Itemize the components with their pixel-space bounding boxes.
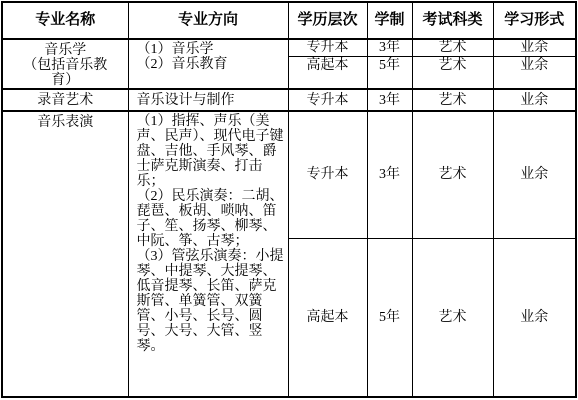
major-cell: 音乐学 （包括音乐教育） — [2, 39, 128, 89]
duration-cell: 5年 — [367, 56, 412, 89]
category-cell: 艺术 — [412, 39, 493, 56]
level-cell: 专升本 — [288, 111, 367, 238]
direction-cell: （1）指挥、声乐（美声、民声）、现代电子键盘、吉他、手风琴、爵士萨克斯演奏、打击… — [128, 111, 288, 397]
direction-line: （2）民乐演奏：二胡、琵琶、板胡、唢呐、笛子、笙、扬琴、柳琴、中阮、筝、古琴； — [137, 189, 284, 249]
header-row: 专业名称 专业方向 学历层次 学制 考试科类 学习形式 — [2, 2, 576, 39]
form-cell: 业余 — [493, 89, 576, 111]
header-exam-category: 考试科类 — [412, 2, 493, 39]
category-cell: 艺术 — [412, 111, 493, 238]
table-header: 专业名称 专业方向 学历层次 学制 考试科类 学习形式 — [2, 2, 576, 39]
form-cell: 业余 — [493, 111, 576, 238]
major-line: （包括音乐教育） — [17, 58, 114, 88]
header-major-direction: 专业方向 — [128, 2, 288, 39]
level-cell: 专升本 — [288, 89, 367, 111]
table-row-musicology-1: 音乐学 （包括音乐教育） （1）音乐学 （2）音乐教育 专升本 3年 艺术 业余 — [2, 39, 576, 56]
duration-cell: 3年 — [367, 111, 412, 238]
level-cell: 高起本 — [288, 238, 367, 397]
form-cell: 业余 — [493, 56, 576, 89]
major-cell: 音乐表演 — [2, 111, 128, 397]
duration-cell: 3年 — [367, 39, 412, 56]
form-cell: 业余 — [493, 238, 576, 397]
duration-cell: 5年 — [367, 238, 412, 397]
category-cell: 艺术 — [412, 238, 493, 397]
header-education-level: 学历层次 — [288, 2, 367, 39]
major-cell: 录音艺术 — [2, 89, 128, 111]
direction-line: （3）管弦乐演奏：小提琴、中提琴、大提琴、低音提琴、长笛、萨克斯管、单簧管、双簧… — [137, 249, 284, 354]
direction-line: 音乐设计与制作 — [137, 93, 284, 108]
level-cell: 专升本 — [288, 39, 367, 56]
form-cell: 业余 — [493, 39, 576, 56]
direction-line: （1）音乐学 — [137, 42, 284, 57]
admissions-table: 专业名称 专业方向 学历层次 学制 考试科类 学习形式 音乐学 （包括音乐教育）… — [1, 1, 577, 398]
table-row-recording-arts: 录音艺术 音乐设计与制作 专升本 3年 艺术 业余 — [2, 89, 576, 111]
major-line: 录音艺术 — [17, 93, 114, 108]
major-line: 音乐表演 — [17, 115, 114, 130]
direction-line: （1）指挥、声乐（美声、民声）、现代电子键盘、吉他、手风琴、爵士萨克斯演奏、打击… — [137, 114, 284, 189]
category-cell: 艺术 — [412, 56, 493, 89]
direction-cell: （1）音乐学 （2）音乐教育 — [128, 39, 288, 89]
table-body: 音乐学 （包括音乐教育） （1）音乐学 （2）音乐教育 专升本 3年 艺术 业余… — [2, 39, 576, 397]
level-cell: 高起本 — [288, 56, 367, 89]
header-duration: 学制 — [367, 2, 412, 39]
direction-cell: 音乐设计与制作 — [128, 89, 288, 111]
table-row-music-performance-1: 音乐表演 （1）指挥、声乐（美声、民声）、现代电子键盘、吉他、手风琴、爵士萨克斯… — [2, 111, 576, 238]
duration-cell: 3年 — [367, 89, 412, 111]
direction-line: （2）音乐教育 — [137, 57, 284, 72]
header-study-form: 学习形式 — [493, 2, 576, 39]
major-line: 音乐学 — [17, 43, 114, 58]
header-major-name: 专业名称 — [2, 2, 128, 39]
page: 专业名称 专业方向 学历层次 学制 考试科类 学习形式 音乐学 （包括音乐教育）… — [0, 0, 578, 400]
category-cell: 艺术 — [412, 89, 493, 111]
